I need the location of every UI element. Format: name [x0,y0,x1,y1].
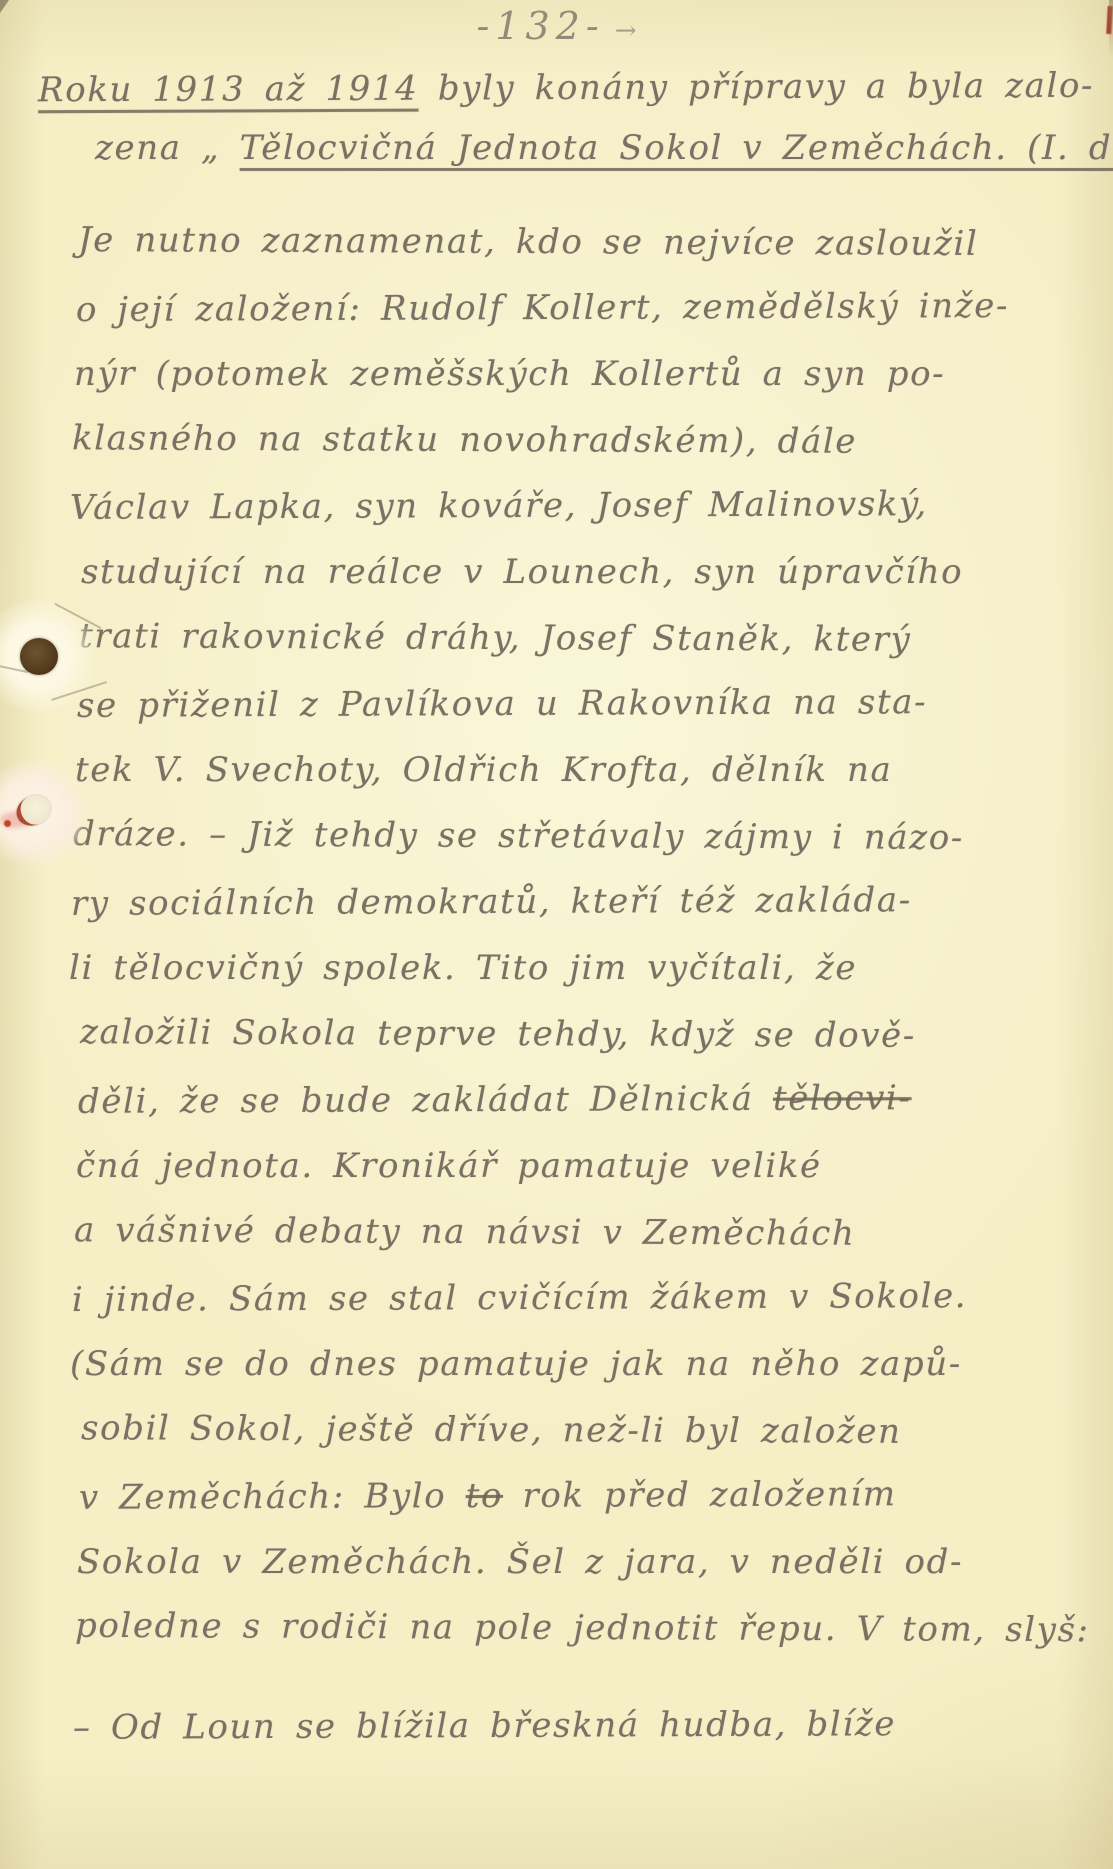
manuscript-text-segment: tek V. Svechoty, Oldřich Krofta, dělník … [75,750,892,790]
manuscript-line: (Sám se do dnes pamatuje jak na něho zap… [70,1344,962,1384]
manuscript-text-segment: dráze. – Již tehdy se střetávaly zájmy i… [73,814,964,858]
manuscript-text-segment: založili Sokola teprve tehdy, když se do… [80,1012,916,1056]
manuscript-line: poledne s rodiči na pole jednotit řepu. … [75,1606,1090,1650]
manuscript-text-segment: trati rakovnické dráhy, Josef Staněk, kt… [79,616,912,660]
manuscript-line: sobil Sokol, ještě dříve, než-li byl zal… [81,1408,902,1452]
manuscript-line: zena „ Tělocvičná Jednota Sokol v Zeměch… [95,128,1113,168]
manuscript-line: o její založení: Rudolf Kollert, zeměděl… [76,286,1009,330]
manuscript-line: ry sociálních demokratů, kteří též zaklá… [71,880,912,924]
manuscript-line: se přiženil z Pavlíkova u Rakovníka na s… [77,682,927,726]
manuscript-line: tek V. Svechoty, Oldřich Krofta, dělník … [75,750,892,790]
manuscript-text-segment: Václav Lapka, syn kováře, Josef Malinovs… [70,484,928,528]
manuscript-text-segment: poledne s rodiči na pole jednotit řepu. … [75,1606,1090,1650]
manuscript-line: Je nutno zaznamenat, kdo se nejvíce zasl… [78,220,979,264]
manuscript-line: i jinde. Sám se stal cvičícím žákem v So… [72,1276,967,1320]
manuscript-line: trati rakovnické dráhy, Josef Staněk, kt… [79,616,912,660]
manuscript-text-segment: děli, že se bude zakládat Dělnická [78,1079,773,1122]
manuscript-text-segment: Je nutno zaznamenat, kdo se nejvíce zasl… [78,220,979,264]
manuscript-text-segment: byly konány přípravy a byla zalo- [418,66,1094,109]
red-dot-mark [4,820,11,827]
manuscript-text-segment: li tělocvičný spolek. Tito jim vyčítali,… [69,948,857,988]
manuscript-text-segment: nýr (potomek zeměšských Kollertů a syn p… [74,354,945,394]
manuscript-text-segment: – Od Loun se blížila břeskná hudba, blíž… [73,1704,896,1748]
manuscript-text-segment: studující na reálce v Lounech, syn úprav… [81,552,963,592]
manuscript-line: děli, že se bude zakládat Dělnická těloc… [78,1078,912,1122]
manuscript-text-segment: (Sám se do dnes pamatuje jak na něho zap… [70,1344,962,1384]
manuscript-text-segment: klasného na statku novohradském), dále [72,418,857,461]
manuscript-lines: Roku 1913 až 1914 byly konány přípravy a… [0,0,1113,1869]
manuscript-line: Roku 1913 až 1914 byly konány přípravy a… [38,66,1094,111]
manuscript-text-segment: a vášnivé debaty na návsi v Zeměchách [74,1210,856,1253]
manuscript-page: -132-→ Roku 1913 až 1914 byly konány pří… [0,0,1113,1869]
manuscript-text-segment: Roku 1913 až 1914 [38,69,419,111]
manuscript-line: klasného na statku novohradském), dále [72,418,857,461]
manuscript-line: – Od Loun se blížila břeskná hudba, blíž… [73,1704,896,1748]
manuscript-line: dráze. – Již tehdy se střetávaly zájmy i… [73,814,964,858]
manuscript-line: li tělocvičný spolek. Tito jim vyčítali,… [69,948,857,988]
manuscript-text-segment: se přiženil z Pavlíkova u Rakovníka na s… [77,682,927,726]
manuscript-text-segment: Sokola v Zeměchách. Šel z jara, v neděli… [77,1542,963,1582]
manuscript-line: Václav Lapka, syn kováře, Josef Malinovs… [70,484,928,528]
manuscript-text-segment: tělocvi- [773,1078,912,1119]
punch-hole [20,638,58,675]
manuscript-text-segment: sobil Sokol, ještě dříve, než-li byl zal… [81,1408,902,1452]
manuscript-text-segment: čná jednota. Kronikář pamatuje veliké [76,1146,822,1186]
manuscript-line: v Zeměchách: Bylo to rok před založením [79,1474,897,1518]
manuscript-line: a vášnivé debaty na návsi v Zeměchách [74,1210,856,1253]
manuscript-text-segment: rok před založením [503,1474,897,1516]
manuscript-text-segment: v Zeměchách: Bylo [79,1476,466,1518]
manuscript-text-segment: to [466,1476,504,1516]
manuscript-text-segment: i jinde. Sám se stal cvičícím žákem v So… [72,1276,967,1320]
manuscript-line: nýr (potomek zeměšských Kollertů a syn p… [74,354,945,394]
manuscript-text-segment: o její založení: Rudolf Kollert, zeměděl… [76,286,1009,330]
manuscript-line: čná jednota. Kronikář pamatuje veliké [76,1146,822,1186]
manuscript-line: Sokola v Zeměchách. Šel z jara, v neděli… [77,1542,963,1582]
manuscript-text-segment: Tělocvičná Jednota Sokol v Zeměchách. (I… [240,128,1113,168]
manuscript-line: studující na reálce v Lounech, syn úprav… [81,552,963,592]
manuscript-text-segment: ry sociálních demokratů, kteří též zaklá… [71,880,912,924]
manuscript-line: založili Sokola teprve tehdy, když se do… [80,1012,916,1056]
scan-edge-sliver [1109,0,1113,58]
manuscript-text-segment: zena „ [95,128,240,168]
